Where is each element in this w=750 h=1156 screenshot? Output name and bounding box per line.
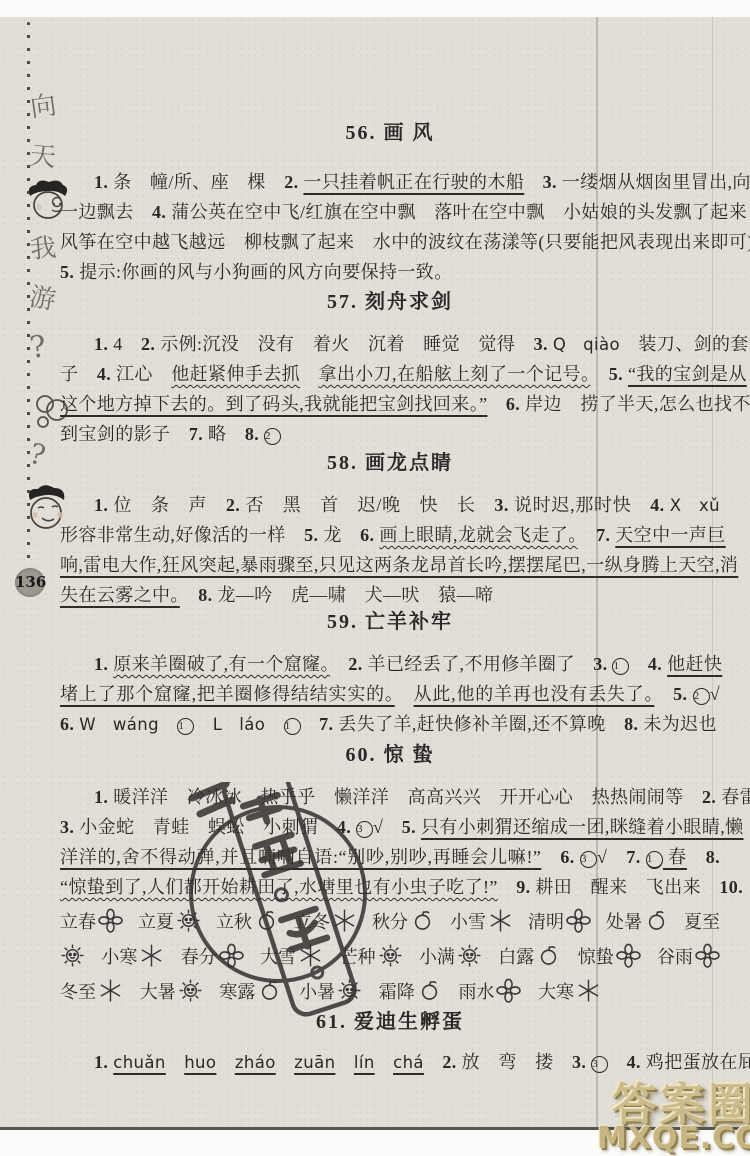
answer-text-run: 否 黑 首 迟/晚 快 长 (240, 495, 494, 515)
circled-number: 1 (284, 718, 301, 735)
answer-text-run: huo (184, 1053, 216, 1072)
answer-text-run: 响,雷电大作,狂风突起,暴雨骤至,只见这两条龙昂首长吟,摆摆尾巴,一纵身腾上天空… (60, 555, 738, 575)
answer-text-run: 放 弯 搂 (457, 1052, 572, 1072)
section-title: 60. 惊 蛰 (60, 738, 720, 767)
circled-number: 1 (612, 658, 629, 675)
answer-text-run: 形容非常生动,好像活的一样 (60, 525, 304, 545)
answer-line: 1. 条 幢/所、座 棵 2. 一只挂着帆正在行驶的木船 3. 一缕烟从烟囱里冒… (60, 168, 720, 198)
answer-text-run (498, 877, 516, 897)
section-title: 59. 亡羊补牢 (60, 605, 720, 634)
answer-line: 5. 提示:你画的风与小狗画的风方向要保持一致。 (60, 258, 720, 288)
answer-line: 一边飘去 4. 蒲公英在空中飞/红旗在空中飘 落叶在空中飘 小姑娘的头发飘了起来 (60, 198, 720, 228)
answer-text-run: 子 (60, 364, 97, 384)
solar-term-label: 小满 (419, 943, 455, 969)
flower-icon (98, 908, 123, 933)
margin-doodle-glyph: 天 (28, 135, 58, 175)
answer-text-run: 4. (152, 202, 166, 222)
margin-doodle-glyph: 向 (28, 84, 59, 124)
answer-text-run: 8. (624, 714, 638, 734)
answer-text-run: 6. (506, 394, 520, 414)
answer-text-run (276, 1052, 294, 1072)
site-watermark: MXQE.COM (597, 1124, 750, 1154)
answer-text-run: 1. (94, 1052, 108, 1072)
answer-text-run (194, 714, 212, 734)
answer-text-run: 3. (534, 334, 548, 354)
answer-text-run: 4 (108, 334, 141, 354)
solar-term: 白露 (498, 943, 561, 969)
answer-text-run: 画上眼睛,龙就会飞走了。 (379, 525, 577, 545)
answer-text-run: 3. (593, 654, 607, 674)
answer-text-run: zuān (294, 1053, 335, 1072)
answer-text-run: 8. (198, 585, 212, 605)
answer-text-run: 鸡把蛋放在屁 (641, 1052, 750, 1072)
solar-term-label: 大暑 (140, 978, 176, 1004)
answer-text-run: 春 (663, 847, 687, 867)
solar-term: 立春 (60, 908, 123, 934)
fruit-icon (417, 978, 442, 1003)
answer-text-run: 天空中一声巨 (615, 525, 725, 545)
answer-line: 1. 4 2. 示例:沉没 没有 着火 沉着 睡觉 觉得 3. Q qiào 装… (60, 330, 720, 360)
snow-icon (488, 908, 513, 933)
answer-text-run: 4. (97, 364, 111, 384)
answer-text-run: 10. (719, 877, 743, 897)
answer-text-run: 龙 (318, 525, 360, 545)
flower-icon (566, 908, 591, 933)
answer-text-run (335, 1052, 353, 1072)
answer-text-run (424, 1052, 442, 1072)
answer-text-run: 2. (141, 334, 155, 354)
answer-text-run: 略 (203, 424, 245, 444)
answer-text-run: 这个地方掉下去的。到了码头,我就能把宝剑找回来。” (60, 394, 488, 414)
solar-term-label: 白露 (498, 943, 534, 969)
answer-text-run (265, 714, 283, 734)
answer-text-run (590, 364, 608, 384)
solar-term: 大寒 (538, 978, 601, 1004)
solar-term: 冬至 (60, 978, 123, 1004)
answer-text-run: 4. (650, 495, 664, 515)
answer-text-run: 1. (94, 787, 108, 807)
answer-text-run: 条 幢/所、座 棵 (108, 172, 284, 192)
answer-text-run: 7. (319, 714, 333, 734)
section-title: 58. 画龙点睛 (60, 446, 720, 475)
answer-text-run: chá (393, 1053, 424, 1072)
answer-text-run: 示例:沉没 没有 着火 沉着 睡觉 觉得 (155, 334, 533, 354)
answer-text-run (687, 684, 692, 704)
answer-text-run: √ (597, 847, 626, 867)
answer-text-run: 从此,他的羊再也没有丢失了。 (414, 684, 655, 704)
answer-text-run: 只有小刺猬还缩成一团,眯缝着小眼睛,懒 (421, 817, 744, 837)
answer-text-run (488, 394, 506, 414)
answer-text-run: 5. (609, 364, 623, 384)
snow-icon (576, 978, 601, 1003)
answer-text-run: 他赶紧伸手去抓 (171, 364, 300, 384)
answer-text-run (541, 847, 560, 867)
solar-term: 雨水 (458, 978, 521, 1004)
ink-stamp (178, 782, 418, 1022)
answer-text-run: 拿出小刀,在船舷上刻了一个记号。 (318, 364, 590, 384)
answer-text-run (608, 1052, 626, 1072)
answer-text-run: 说时迟,那时快 (509, 495, 650, 515)
answer-text-run: 4. (627, 1052, 641, 1072)
solar-term: 惊蛰 (578, 943, 641, 969)
answer-text-run: 1. (94, 495, 108, 515)
answer-line: 1. chuǎn huo zháo zuān lín chá 2. 放 弯 搂 … (60, 1048, 720, 1078)
answer-text-run: 8. (245, 424, 259, 444)
answer-text-run: Q qiào (553, 335, 620, 354)
circled-number: 2 (264, 428, 281, 445)
answer-text-run (301, 714, 319, 734)
answer-text-run: 装刀、剑的套 (620, 334, 749, 354)
answer-line: 6. W wáng 1 L láo 1 7. 丢失了羊,赶快修补羊圈,还不算晚 … (60, 710, 720, 740)
answer-text-run: 2. (442, 1052, 456, 1072)
answer-section: 56. 画 风1. 条 幢/所、座 棵 2. 一只挂着帆正在行驶的木船 3. 一… (60, 116, 720, 288)
solar-term-label: 立夏 (138, 908, 174, 934)
solar-term: 谷雨 (657, 943, 720, 969)
answer-text-run: 风筝在空中越飞越远 柳枝飘了起来 水中的波纹在荡漾等(只要能把风表现出来即可) (60, 232, 750, 252)
solar-term-label: 立春 (60, 908, 96, 934)
answer-text-run: 蒲公英在空中飞/红旗在空中飘 落叶在空中飘 小姑娘的头发飘了起来 (166, 202, 747, 222)
solar-term: 夏至 (684, 908, 720, 934)
solar-term-label: 小寒 (101, 943, 137, 969)
sun-icon (457, 943, 482, 968)
answer-text-run (395, 684, 414, 704)
answer-text-run: 6. (60, 714, 74, 734)
answer-text-run: 5. (673, 684, 687, 704)
answer-text-run: chuǎn (113, 1053, 166, 1072)
solar-term-label: 夏至 (684, 908, 720, 934)
answer-text-run (629, 654, 647, 674)
answer-text-run: 1. (94, 334, 108, 354)
answer-text-run: 原来羊圈破了,有一个窟窿。 (113, 654, 330, 674)
answer-text-run: 丢失了羊,赶快修补羊圈,还不算晚 (333, 714, 624, 734)
answer-text-run: 2. (226, 495, 240, 515)
answer-text-run: 失在云雾之中。 (60, 585, 180, 605)
answer-text-run: “我的宝剑是从 (628, 364, 747, 384)
solar-term: 清明 (528, 908, 591, 934)
solar-term-label: 小雪 (450, 908, 486, 934)
answer-text-run: 提示:你画的风与小狗画的风方向要保持一致。 (74, 262, 452, 282)
answer-line: 形容非常生动,好像活的一样 5. 龙 6. 画上眼睛,龙就会飞走了。 7. 天空… (60, 521, 720, 551)
circled-number: 3 (591, 1056, 608, 1073)
section-title: 57. 刻舟求剑 (60, 285, 720, 314)
answer-text-run: 6. (360, 525, 374, 545)
answer-text-run: 龙—吟 虎—啸 犬—吠 猿—啼 (213, 585, 494, 605)
flower-icon (616, 943, 641, 968)
solar-term-label: 惊蛰 (578, 943, 614, 969)
flower-icon (695, 943, 720, 968)
section-title: 56. 画 风 (60, 116, 720, 145)
answer-text-run: 5. (60, 262, 74, 282)
answer-text-run: 6. (560, 847, 574, 867)
answer-text-run: 未为迟也 (638, 714, 717, 734)
flower-icon (496, 978, 521, 1003)
answer-text-run: X xǔ (670, 496, 720, 515)
solar-term: 小寒 (101, 943, 164, 969)
answer-section: 57. 刻舟求剑1. 4 2. 示例:沉没 没有 着火 沉着 睡觉 觉得 3. … (60, 285, 720, 450)
answer-section: 58. 画龙点睛1. 位 条 声 2. 否 黑 首 迟/晚 快 长 3. 说时迟… (60, 446, 720, 611)
answer-text-run: 到宝剑的影子 (60, 424, 189, 444)
answer-text-run: 1. (94, 654, 108, 674)
answer-text-run (216, 1052, 234, 1072)
answer-text-run (687, 847, 706, 867)
circled-number: 1 (177, 718, 194, 735)
solar-term-label: 雨水 (458, 978, 494, 1004)
answer-text-run: 3. (543, 172, 557, 192)
answer-text-run: 7. (596, 525, 610, 545)
answer-text-run (375, 1052, 393, 1072)
answer-line: 响,雷电大作,狂风突起,暴雨骤至,只见这两条龙昂首长吟,摆摆尾巴,一纵身腾上天空… (60, 551, 720, 581)
fruit-icon (644, 908, 669, 933)
answer-text-run (300, 364, 318, 384)
answer-text-run: 2. (284, 172, 298, 192)
answer-line: 堵上了那个窟窿,把羊圈修得结结实实的。 从此,他的羊再也没有丢失了。 5. 2√ (60, 680, 720, 710)
circled-number: 2 (693, 688, 710, 705)
answer-text-run: 位 条 声 (108, 495, 226, 515)
answer-text-run (654, 684, 673, 704)
answer-text-run: 岸边 捞了半天,怎么也找不 (520, 394, 750, 414)
answer-text-run: 一缕烟从烟囱里冒出,向 (557, 172, 750, 192)
answer-text-run (166, 1052, 184, 1072)
answer-text-run: √ (710, 684, 720, 704)
answer-text-run: L láo (213, 715, 265, 734)
answer-text-run: 江心 (111, 364, 171, 384)
answer-text-run: 4. (648, 654, 662, 674)
answer-line: 子 4. 江心 他赶紧伸手去抓 拿出小刀,在船舷上刻了一个记号。 5. “我的宝… (60, 360, 720, 390)
answer-line: 风筝在空中越飞越远 柳枝飘了起来 水中的波纹在荡漾等(只要能把风表现出来即可) (60, 228, 720, 258)
answer-text-run: 2. (702, 787, 716, 807)
solar-term-label: 冬至 (60, 978, 96, 1004)
answer-text-run: 耕田 醒来 飞出来 (531, 877, 720, 897)
answer-text-run: 一只挂着帆正在行驶的木船 (303, 172, 524, 192)
answer-text-run: 2. (348, 654, 362, 674)
answer-line: 1. 原来羊圈破了,有一个窟窿。 2. 羊已经丢了,不用修羊圈了 3. 1 4.… (60, 650, 720, 680)
snow-icon (98, 978, 123, 1003)
answer-text-run: 1. (94, 172, 108, 192)
answer-text-run: 8. (706, 847, 720, 867)
solar-term-label: 谷雨 (657, 943, 693, 969)
solar-term-label: 处暑 (606, 908, 642, 934)
answer-text-run: 7. (189, 424, 203, 444)
answer-text-run: 一边飘去 (60, 202, 152, 222)
answer-text-run: 3. (494, 495, 508, 515)
answer-text-run: W wáng (79, 715, 159, 734)
answer-text-run (330, 654, 348, 674)
scanned-answer-page: 向 天 我 游 ? ? 136 56. 画 风1. 条 幢/所、座 棵 2. 一… (0, 0, 750, 1156)
answer-text-run: 5. (304, 525, 318, 545)
answer-line: 这个地方掉下去的。到了码头,我就能把宝剑找回来。” 6. 岸边 捞了半天,怎么也… (60, 390, 720, 420)
answer-text-run: 他赶快 (667, 654, 722, 674)
solar-term-label: 大寒 (538, 978, 574, 1004)
fruit-icon (536, 943, 561, 968)
answer-text-run: zháo (235, 1053, 276, 1072)
answer-text-run (641, 847, 646, 867)
solar-term (60, 943, 85, 968)
answer-section: 59. 亡羊补牢1. 原来羊圈破了,有一个窟窿。 2. 羊已经丢了,不用修羊圈了… (60, 605, 720, 740)
answer-text-run: 羊已经丢了,不用修羊圈了 (363, 654, 594, 674)
sun-icon (60, 943, 85, 968)
answer-text-run: 堵上了那个窟窿,把羊圈修得结结实实的。 (60, 684, 395, 704)
circled-number: 3 (580, 851, 597, 868)
solar-term: 小满 (419, 943, 482, 969)
answer-text-run: 9. (516, 877, 530, 897)
answer-text-run: 3. (572, 1052, 586, 1072)
answer-text-run (180, 585, 198, 605)
answer-text-run: lín (354, 1053, 375, 1072)
answer-text-run: 3. (60, 817, 74, 837)
circled-number: 1 (646, 851, 663, 869)
solar-term-label: 清明 (528, 908, 564, 934)
snow-icon (139, 943, 164, 968)
answer-text-run (578, 525, 596, 545)
margin-doodle-glyph: 我 (28, 227, 57, 266)
answer-text-run (524, 172, 542, 192)
answer-text-run (159, 714, 177, 734)
answer-text-run: 7. (626, 847, 640, 867)
solar-term: 处暑 (606, 908, 669, 934)
answer-text-run: 春雷 (716, 787, 750, 807)
answer-line: 1. 位 条 声 2. 否 黑 首 迟/晚 快 长 3. 说时迟,那时快 4. … (60, 491, 720, 521)
solar-term: 小雪 (450, 908, 513, 934)
page-number-badge: 136 (15, 568, 45, 597)
